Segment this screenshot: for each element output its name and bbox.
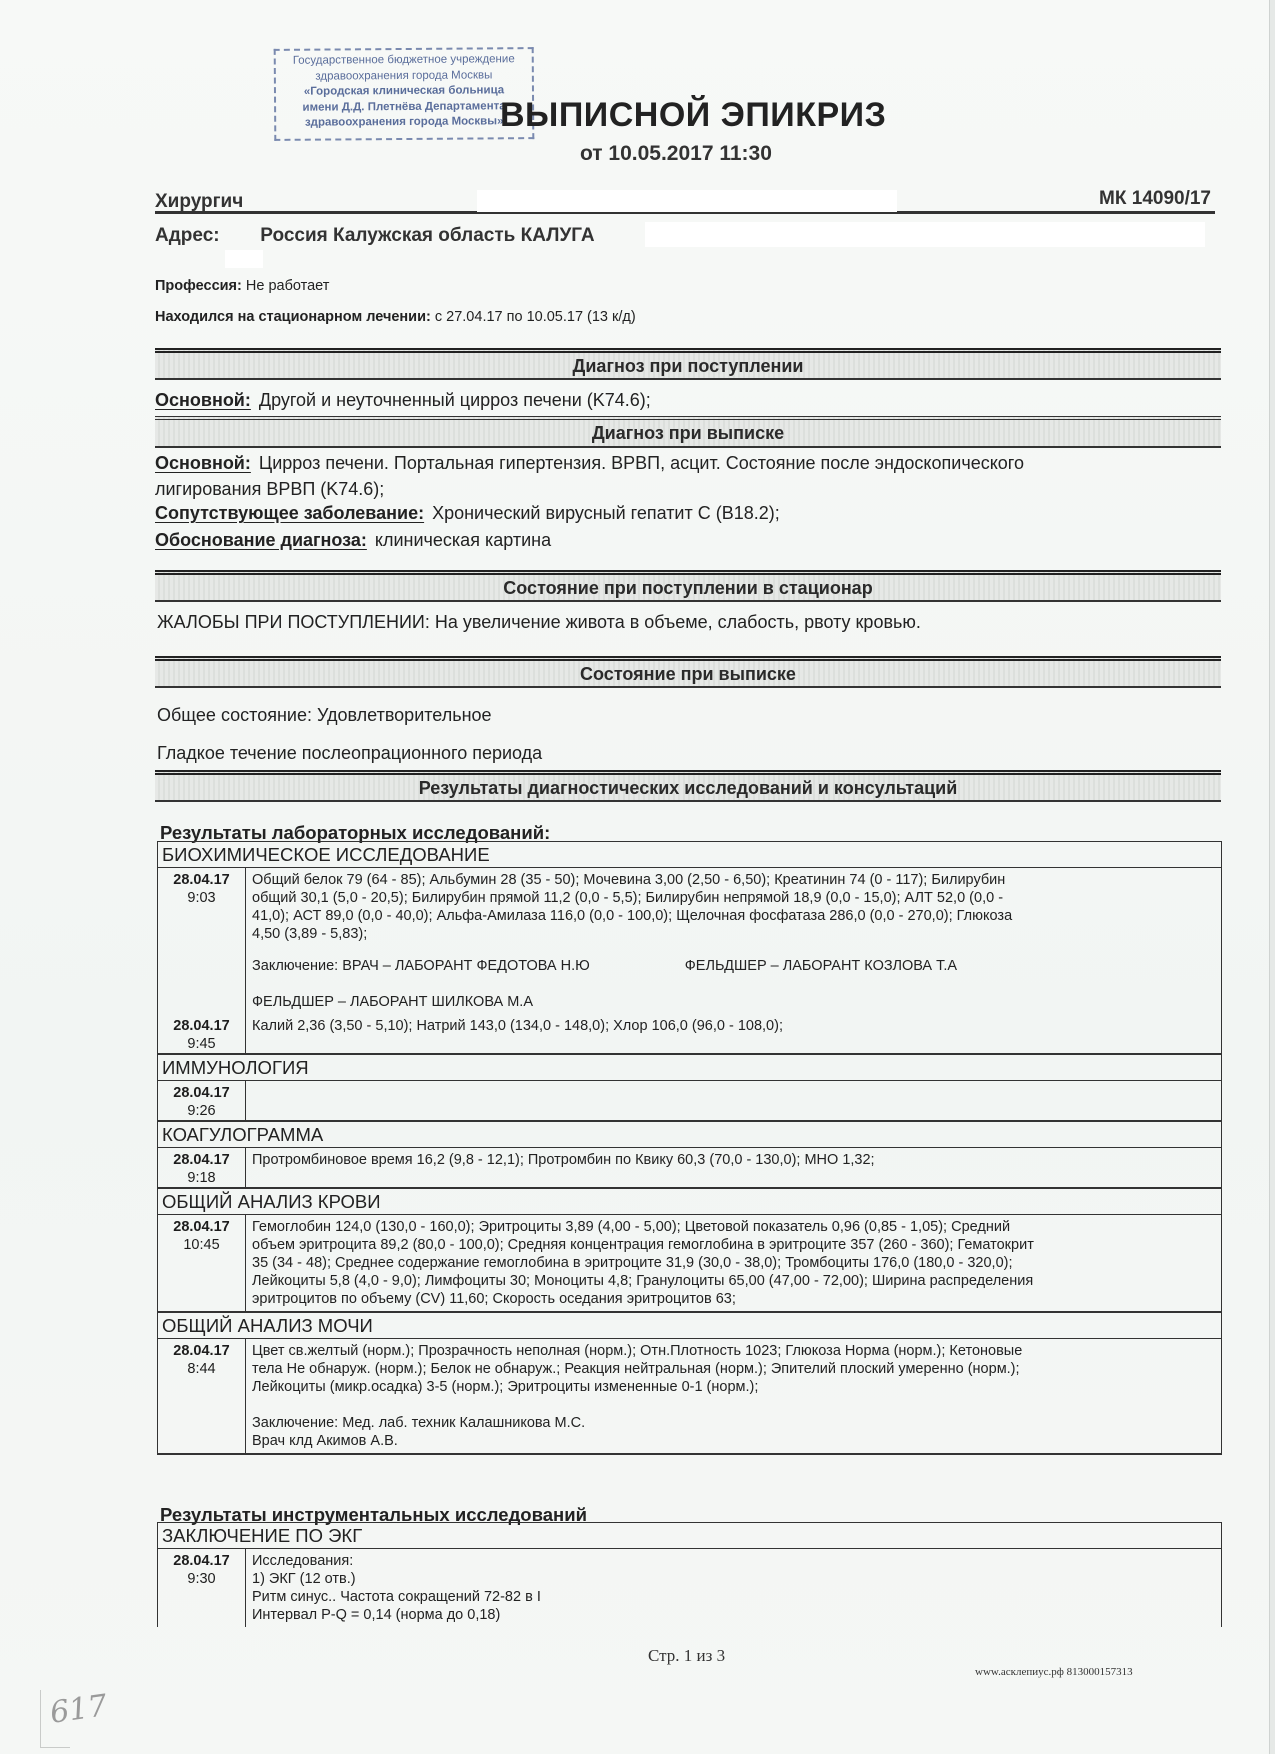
- result-line: Исследования:: [252, 1552, 1215, 1570]
- entry-datetime: 28.04.17 10:45: [158, 1215, 246, 1311]
- admission-diagnosis-heading: Диагноз при поступлении: [155, 348, 1221, 380]
- table-row: 28.04.17 9:03 Общий белок 79 (64 - 85); …: [158, 868, 1221, 1014]
- conclusion-line: Заключение: Мед. лаб. техник Калашникова…: [252, 1414, 1215, 1432]
- document-page: Государственное бюджетное учреждение здр…: [0, 0, 1275, 1754]
- discharge-state-heading: Состояние при выписке: [155, 656, 1221, 688]
- result-line: эритроцитов по объему (CV) 11,60; Скорос…: [252, 1290, 1215, 1308]
- group-title-ecg: ЗАКЛЮЧЕНИЕ ПО ЭКГ: [158, 1523, 1221, 1549]
- page-number: Стр. 1 из 3: [648, 1646, 725, 1666]
- result-line: Интервал P-Q = 0,14 (норма до 0,18): [252, 1606, 1215, 1624]
- stay-label: Находился на стационарном лечении:: [155, 309, 431, 325]
- table-row: 28.04.17 9:26: [158, 1081, 1221, 1122]
- address-row: Адрес: Россия Калужская область КАЛУГА: [155, 225, 595, 247]
- table-row: 28.04.17 9:18 Протромбиновое время 16,2 …: [158, 1148, 1221, 1189]
- main-value: Цирроз печени. Портальная гипертензия. В…: [259, 453, 1024, 473]
- results-heading: Результаты диагностических исследований …: [155, 770, 1221, 802]
- department-row: Хирургич МК 14090/17: [155, 188, 1215, 214]
- conclusion-line: ФЕЛЬДШЕР – ЛАБОРАНТ ШИЛКОВА М.А: [252, 993, 1215, 1011]
- diagnosis-rationale: Обоснование диагноза:клиническая картина: [155, 530, 551, 551]
- profession-label: Профессия:: [155, 278, 242, 294]
- group-title-cbc: ОБЩИЙ АНАЛИЗ КРОВИ: [158, 1189, 1221, 1215]
- main-label: Основной:: [155, 453, 251, 473]
- document-date: от 10.05.2017 11:30: [580, 142, 772, 166]
- group-title-coagulogram: КОАГУЛОГРАММА: [158, 1122, 1221, 1148]
- entry-datetime: 28.04.17 9:30: [158, 1549, 246, 1627]
- entry-time: 9:03: [158, 889, 245, 907]
- entry-date: 28.04.17: [158, 1552, 245, 1570]
- comorbid-value: Хронический вирусный гепатит С (В18.2);: [432, 503, 780, 523]
- discharge-diagnosis-heading: Диагноз при выписке: [155, 416, 1221, 448]
- institution-stamp: Государственное бюджетное учреждение здр…: [274, 47, 535, 141]
- group-title-immunology: ИММУНОЛОГИЯ: [158, 1055, 1221, 1081]
- entry-datetime: 28.04.17 8:44: [158, 1339, 246, 1453]
- lab-results-table: БИОХИМИЧЕСКОЕ ИССЛЕДОВАНИЕ 28.04.17 9:03…: [157, 841, 1222, 1455]
- entry-content: Цвет св.желтый (норм.); Прозрачность неп…: [246, 1339, 1221, 1453]
- result-line: 41,0); АСТ 89,0 (0,0 - 40,0); Альфа-Амил…: [252, 907, 1215, 925]
- document-title: ВЫПИСНОЙ ЭПИКРИЗ: [500, 96, 886, 135]
- profession-value: Не работает: [246, 278, 330, 294]
- entry-date: 28.04.17: [158, 1342, 245, 1360]
- table-row: 28.04.17 8:44 Цвет св.желтый (норм.); Пр…: [158, 1339, 1221, 1455]
- entry-content: Общий белок 79 (64 - 85); Альбумин 28 (3…: [246, 868, 1221, 1014]
- entry-datetime: 28.04.17 9:03: [158, 868, 246, 1014]
- entry-date: 28.04.17: [158, 1151, 245, 1169]
- admission-main-diagnosis: Основной:Другой и неуточненный цирроз пе…: [155, 390, 651, 411]
- result-line: Лейкоциты 5,8 (4,0 - 9,0); Лимфоциты 30;…: [252, 1272, 1215, 1290]
- result-line: тела Не обнаруж. (норм.); Белок не обнар…: [252, 1360, 1215, 1378]
- table-row: 28.04.17 10:45 Гемоглобин 124,0 (130,0 -…: [158, 1215, 1221, 1313]
- department: Хирургич: [155, 191, 243, 213]
- stamp-line: здравоохранения города Москвы: [276, 68, 532, 85]
- entry-content: Протромбиновое время 16,2 (9,8 - 12,1); …: [246, 1148, 1221, 1187]
- entry-datetime: 28.04.17 9:26: [158, 1081, 246, 1120]
- entry-time: 10:45: [158, 1236, 245, 1254]
- address-label: Адрес:: [155, 225, 255, 247]
- result-line: общий 30,1 (5,0 - 20,5); Билирубин прямо…: [252, 889, 1215, 907]
- stamp-line: имени Д.Д. Плетнёва Департамента: [276, 99, 532, 116]
- comorbid-diagnosis: Сопутствующее заболевание:Хронический ви…: [155, 503, 780, 524]
- result-line: Ритм синус.. Частота сокращений 72-82 в …: [252, 1588, 1215, 1606]
- conclusion-line: Заключение: ВРАЧ – ЛАБОРАНТ ФЕДОТОВА Н.Ю…: [252, 957, 1215, 975]
- entry-time: 9:30: [158, 1570, 245, 1588]
- entry-date: 28.04.17: [158, 1017, 245, 1035]
- admission-state-heading: Состояние при поступлении в стационар: [155, 570, 1221, 602]
- result-line: Общий белок 79 (64 - 85); Альбумин 28 (3…: [252, 871, 1215, 889]
- entry-content: Исследования: 1) ЭКГ (12 отв.) Ритм сину…: [246, 1549, 1221, 1627]
- entry-time: 9:18: [158, 1169, 245, 1187]
- general-condition: Общее состояние: Удовлетворительное: [157, 705, 492, 726]
- stamp-line: «Городская клиническая больница: [276, 83, 532, 100]
- entry-content: Калий 2,36 (3,50 - 5,10); Натрий 143,0 (…: [246, 1014, 1221, 1053]
- handwritten-note: 617: [48, 1688, 110, 1731]
- page-edge: [1269, 0, 1275, 1754]
- rationale-value: клиническая картина: [375, 530, 551, 550]
- result-line: Цвет св.желтый (норм.); Прозрачность неп…: [252, 1342, 1215, 1360]
- table-row: 28.04.17 9:45 Калий 2,36 (3,50 - 5,10); …: [158, 1014, 1221, 1055]
- postop-course: Гладкое течение послеопрационного период…: [157, 743, 542, 764]
- stay-value: с 27.04.17 по 10.05.17 (13 к/д): [435, 309, 636, 325]
- entry-date: 28.04.17: [158, 871, 245, 889]
- result-line: 1) ЭКГ (12 отв.): [252, 1570, 1215, 1588]
- main-value: Другой и неуточненный цирроз печени (K74…: [259, 390, 651, 410]
- redacted-address-tail: [225, 250, 263, 268]
- entry-datetime: 28.04.17 9:18: [158, 1148, 246, 1187]
- result-line: Лейкоциты (микр.осадка) 3-5 (норм.); Эри…: [252, 1378, 1215, 1396]
- result-line: объем эритроцита 89,2 (80,0 - 100,0); Ср…: [252, 1236, 1215, 1254]
- entry-time: 8:44: [158, 1360, 245, 1378]
- rationale-label: Обоснование диагноза:: [155, 530, 367, 550]
- admission-complaints: ЖАЛОБЫ ПРИ ПОСТУПЛЕНИИ: На увеличение жи…: [157, 612, 921, 633]
- entry-time: 9:26: [158, 1102, 245, 1120]
- stamp-line: Государственное бюджетное учреждение: [276, 52, 532, 69]
- redacted-address: [645, 222, 1205, 247]
- entry-date: 28.04.17: [158, 1084, 245, 1102]
- stay-line: Находился на стационарном лечении: с 27.…: [155, 309, 636, 325]
- stamp-line: здравоохранения города Москвы»: [276, 114, 532, 131]
- result-line: Протромбиновое время 16,2 (9,8 - 12,1); …: [252, 1151, 1215, 1169]
- group-title-biochemistry: БИОХИМИЧЕСКОЕ ИССЛЕДОВАНИЕ: [158, 842, 1221, 868]
- result-line: Гемоглобин 124,0 (130,0 - 160,0); Эритро…: [252, 1218, 1215, 1236]
- ecg-table: ЗАКЛЮЧЕНИЕ ПО ЭКГ 28.04.17 9:30 Исследов…: [157, 1522, 1222, 1627]
- result-line: 4,50 (3,89 - 5,83);: [252, 925, 1215, 943]
- profession-line: Профессия: Не работает: [155, 278, 329, 294]
- entry-date: 28.04.17: [158, 1218, 245, 1236]
- result-line: 35 (34 - 48); Среднее содержание гемогло…: [252, 1254, 1215, 1272]
- group-title-urinalysis: ОБЩИЙ АНАЛИЗ МОЧИ: [158, 1313, 1221, 1339]
- address-value: Россия Калужская область КАЛУГА: [260, 225, 594, 246]
- redacted-name: [477, 190, 897, 212]
- discharge-main-diagnosis: Основной:Цирроз печени. Портальная гипер…: [155, 453, 1024, 474]
- conclusion-line: Врач клд Акимов А.В.: [252, 1432, 1215, 1450]
- entry-time: 9:45: [158, 1035, 245, 1053]
- table-row: 28.04.17 9:30 Исследования: 1) ЭКГ (12 о…: [158, 1549, 1221, 1627]
- footer-source: www.асклепиус.рф 813000157313: [975, 1666, 1133, 1678]
- entry-content: Гемоглобин 124,0 (130,0 - 160,0); Эритро…: [246, 1215, 1221, 1311]
- entry-content: [246, 1081, 1221, 1120]
- entry-datetime: 28.04.17 9:45: [158, 1014, 246, 1053]
- comorbid-label: Сопутствующее заболевание:: [155, 503, 424, 523]
- discharge-main-diagnosis-cont: лигирования ВРВП (K74.6);: [155, 479, 384, 500]
- record-number: МК 14090/17: [1099, 188, 1211, 210]
- result-line: Калий 2,36 (3,50 - 5,10); Натрий 143,0 (…: [252, 1017, 1215, 1035]
- main-label: Основной:: [155, 390, 251, 410]
